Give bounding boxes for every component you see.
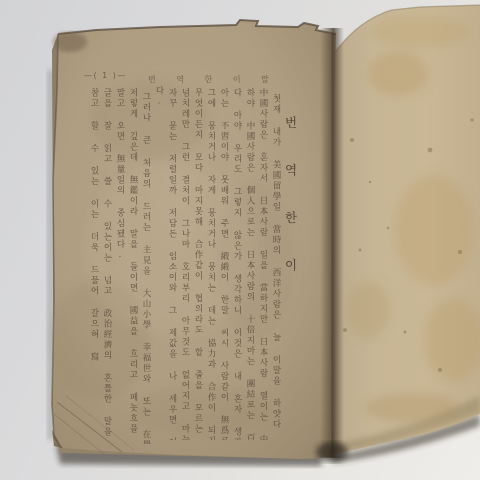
- text-column: 그에 뭉치거나 자게 뭉치거나 뭉치는 데는 協力과 合作이 되지마는: [204, 88, 217, 440]
- text-column: 참고 할 수 있는 이는 더욱 드물어 갈으혀 寫: [87, 88, 100, 440]
- text-column: 자꾸 묻는 저럴일까 저담든 임소이와 그 제값을 나 세우면 어제 變가 된다: [165, 88, 178, 440]
- text-column: 그러나 큰 처음의 드러는 主見을 大山小學 幸福世와 또는 在學生의 말이: [139, 92, 152, 444]
- text-column: 말고 오면 無量일의 중심됐다.: [113, 88, 126, 288]
- text-column: 다 아야 우리도 그렇지 않은가 생각하니 이것은 내 혼자 생각이 아니라: [230, 88, 243, 440]
- book-photograph: —( 1 )— 번 역 한 이 말 번 역 한 이 말 첫재 내가 美國留學일 …: [0, 0, 480, 480]
- chapter-title: 번 역 한 이 말: [283, 116, 298, 306]
- text-column: 글을 잘 읽고 쓸 수 있는이는 넘고 政治經濟의 혼틀한 말을 쓸 이는 드물…: [100, 88, 113, 440]
- left-page-text: —( 1 )— 번 역 한 이 말 번 역 한 이 말 첫재 내가 美國留學일 …: [0, 0, 480, 480]
- text-column: 넘치레만 그런 결처이 그나마 호리부리 아무것도 없어지고 마는 일이 많다: [178, 88, 191, 440]
- text-column: 中國사람은 혼자서 日本사람 일을 當하지만 日本사람 열이는 中國사람 百을 …: [256, 88, 269, 440]
- text-column: 아는 不習이야 못배워 주면 緞緞이 한말 씨시 사람같이 無爲로 알지 못한다: [217, 88, 230, 440]
- page-number: —( 1 )—: [84, 71, 127, 80]
- text-column: 무엇이든지 모다 마지못해 合作같이 협의라도 할 줄을 모르는 習性이다: [191, 88, 204, 440]
- running-header: 번 역 한 이 말: [148, 74, 278, 85]
- text-column: 다.: [152, 86, 165, 110]
- text-column: 하야 中國사람은 個人으로는 日本사람의 十倍지마는 團結로는 百人이 못하다: [243, 88, 256, 440]
- text-column: 저렇게 깊은데 無鑑이라 말을 들이면 國益을 흐리고 페놋흐믈 불의로 본다: [126, 88, 139, 440]
- text-column: 첫재 내가 美國留學일 當時의 西洋사람은 늘 이말을 하얏다: [269, 94, 282, 446]
